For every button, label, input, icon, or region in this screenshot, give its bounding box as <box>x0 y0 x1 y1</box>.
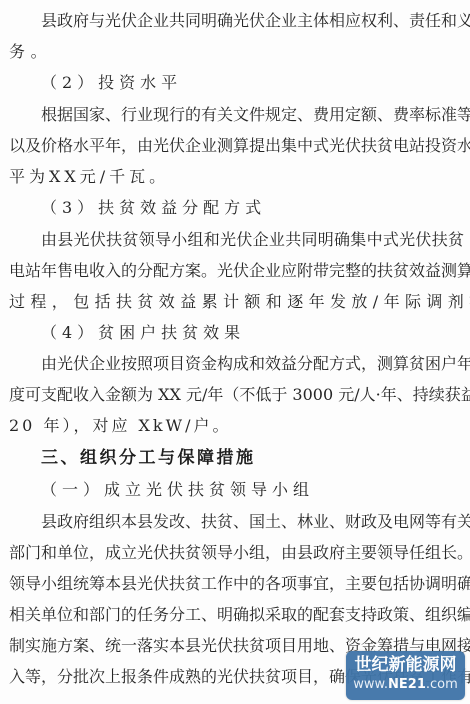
paragraph-line: 度可支配收入金额为 XX 元/年（不低于 3000 元/人·年、持续获益 <box>9 384 464 406</box>
watermark-url-suffix: .com <box>426 677 458 692</box>
watermark-url-prefix: www. <box>353 677 388 692</box>
paragraph-line: 县政府组织本县发改、扶贫、国土、林业、财政及电网等有关 <box>41 511 464 533</box>
subsection-heading: （4）贫困户扶贫效果 <box>41 322 470 344</box>
paragraph-line: 由光伏企业按照项目资金构成和效益分配方式，测算贫困户年 <box>41 353 464 375</box>
paragraph-line: 务。 <box>9 41 464 63</box>
site-watermark-logo: 世纪新能源网 www.NE21.com <box>346 651 465 700</box>
watermark-title: 世纪新能源网 <box>346 654 465 676</box>
section-heading: 三、组织分工与保障措施 <box>41 447 470 469</box>
paragraph-line: 由县光伏扶贫领导小组和光伏企业共同明确集中式光伏扶贫 <box>41 229 464 251</box>
paragraph-line: 领导小组统筹本县光伏扶贫工作中的各项事宜，主要包括协调明确 <box>9 573 464 595</box>
paragraph-line: 部门和单位，成立光伏扶贫领导小组，由县政府主要领导任组长。 <box>9 542 464 564</box>
paragraph-line: 根据国家、行业现行的有关文件规定、费用定额、费率标准等， <box>41 104 464 126</box>
paragraph-line: 电站年售电收入的分配方案。光伏企业应附带完整的扶贫效益测算 <box>9 260 464 282</box>
watermark-url: www.NE21.com <box>346 676 465 694</box>
paragraph-line: 相关单位和部门的任务分工、明确拟采取的配套支持政策、组织编 <box>9 604 464 626</box>
paragraph-line: 以及价格水平年，由光伏企业测算提出集中式光伏扶贫电站投资水 <box>9 135 464 157</box>
subsection-heading: （一）成立光伏扶贫领导小组 <box>41 479 470 501</box>
watermark-url-brand: NE21 <box>388 677 426 692</box>
paragraph-line: 县政府与光伏企业共同明确光伏企业主体相应权利、责任和义 <box>41 10 464 32</box>
subsection-heading: （3）扶贫效益分配方式 <box>41 197 470 219</box>
document-page: 县政府与光伏企业共同明确光伏企业主体相应权利、责任和义 务。 （2）投资水平 根… <box>0 0 470 704</box>
paragraph-line: 平为XX元/千瓦。 <box>9 166 464 188</box>
paragraph-line: 过程，包括扶贫效益累计额和逐年发放/年际调剂额。 <box>9 291 464 313</box>
subsection-heading: （2）投资水平 <box>41 72 470 94</box>
paragraph-line: 20 年），对应 XkW/户。 <box>9 415 464 437</box>
